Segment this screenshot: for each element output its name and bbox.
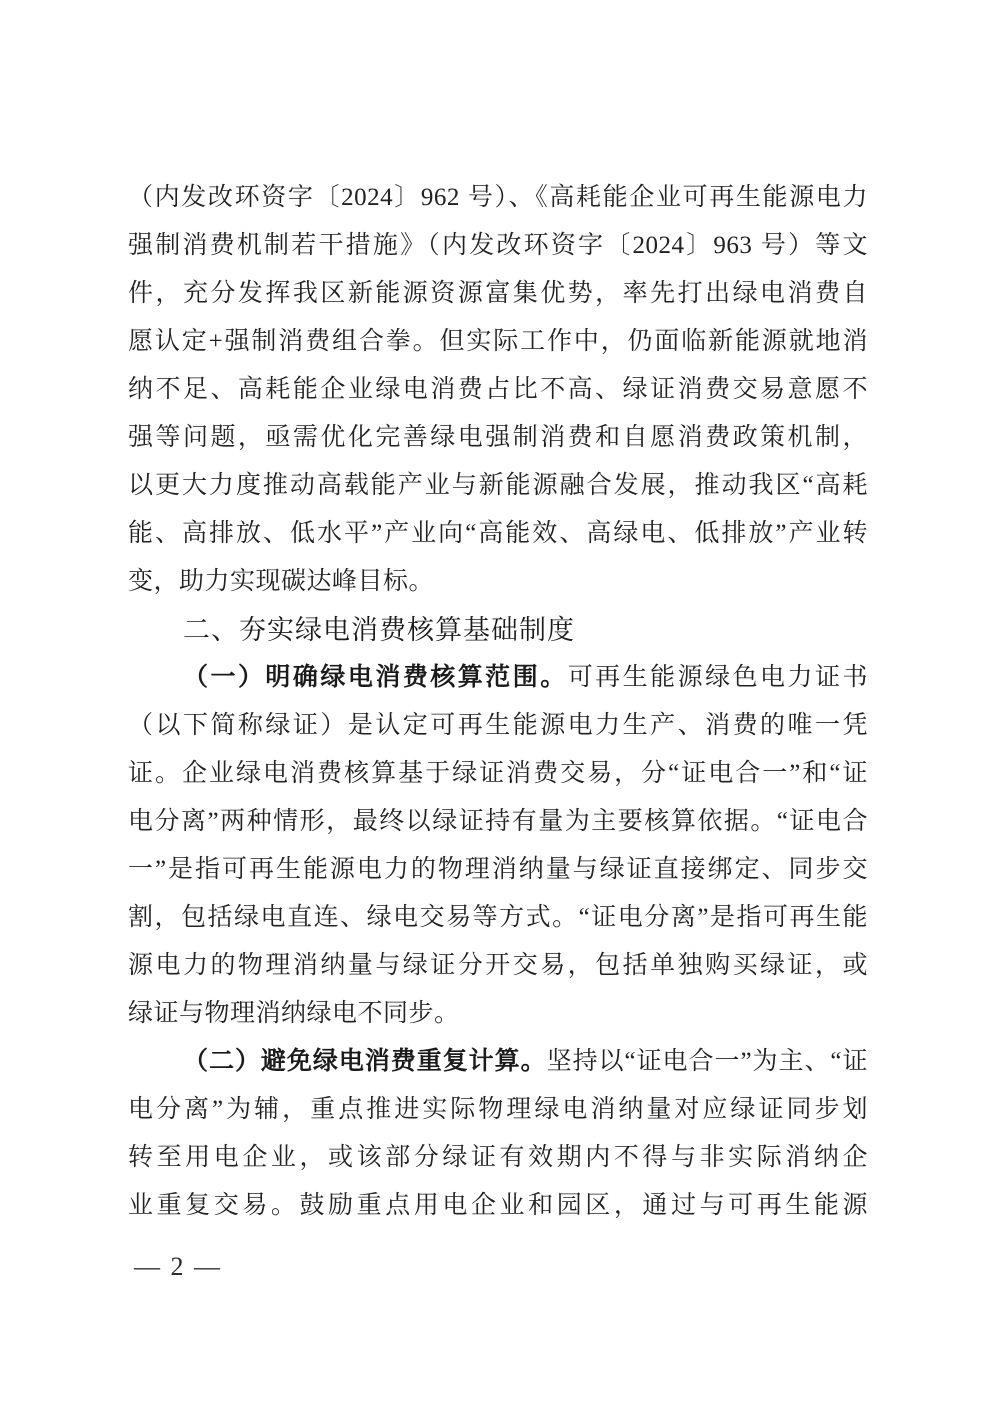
text-line: 纳不足、高耗能企业绿电消费占比不高、绿证消费交易意愿不 xyxy=(128,366,868,414)
section-heading: 二、夯实绿电消费核算基础制度 xyxy=(128,606,868,654)
text-line: 证。企业绿电消费核算基于绿证消费交易，分“证电合一”和“证 xyxy=(128,750,868,798)
text-run: 强制消费机制若干措施》（内发改环资字〔2024〕963 号）等文 xyxy=(128,232,868,259)
text-run: 变，助力实现碳达峰目标。 xyxy=(128,568,434,595)
text-line: （以下简称绿证）是认定可再生能源电力生产、消费的唯一凭 xyxy=(128,702,868,750)
text-line: 变，助力实现碳达峰目标。 xyxy=(128,558,868,606)
text-run: 以更大力度推动高载能产业与新能源融合发展，推动我区“高耗 xyxy=(128,472,868,499)
text-line: 割，包括绿电直连、绿电交易等方式。“证电分离”是指可再生能 xyxy=(128,894,868,942)
text-line: 电分离”为辅，重点推进实际物理绿电消纳量对应绿证同步划 xyxy=(128,1086,868,1134)
text-line: 能、高排放、低水平”产业向“高能效、高绿电、低排放”产业转 xyxy=(128,510,868,558)
bold-text-run: （一）明确绿电消费核算范围。 xyxy=(183,664,568,691)
text-line: 电分离”两种情形，最终以绿证持有量为主要核算依据。“证电合 xyxy=(128,798,868,846)
page-number: — 2 — xyxy=(134,1250,222,1284)
text-line: （一）明确绿电消费核算范围。可再生能源绿色电力证书 xyxy=(128,654,868,702)
text-line: 二、夯实绿电消费核算基础制度 xyxy=(128,606,868,654)
text-run: 割，包括绿电直连、绿电交易等方式。“证电分离”是指可再生能 xyxy=(128,904,868,931)
paragraph: （二）避免绿电消费重复计算。坚持以“证电合一”为主、“证电分离”为辅，重点推进实… xyxy=(128,1038,868,1230)
text-run: 愿认定+强制消费组合拳。但实际工作中，仍面临新能源就地消 xyxy=(128,328,868,355)
text-run: 转至用电企业，或该部分绿证有效期内不得与非实际消纳企 xyxy=(128,1144,868,1171)
text-line: 转至用电企业，或该部分绿证有效期内不得与非实际消纳企 xyxy=(128,1134,868,1182)
text-line: 绿证与物理消纳绿电不同步。 xyxy=(128,990,868,1038)
text-line: （内发改环资字〔2024〕962 号）、《高耗能企业可再生能源电力 xyxy=(128,174,868,222)
text-line: 强制消费机制若干措施》（内发改环资字〔2024〕963 号）等文 xyxy=(128,222,868,270)
text-run: 件，充分发挥我区新能源资源富集优势，率先打出绿电消费自 xyxy=(128,280,868,307)
text-line: 件，充分发挥我区新能源资源富集优势，率先打出绿电消费自 xyxy=(128,270,868,318)
bold-text-run: （二）避免绿电消费重复计算。 xyxy=(183,1048,547,1075)
text-run: 源电力的物理消纳量与绿证分开交易，包括单独购买绿证，或 xyxy=(128,952,868,979)
text-run: 绿证与物理消纳绿电不同步。 xyxy=(128,1000,460,1027)
text-run: 电分离”为辅，重点推进实际物理绿电消纳量对应绿证同步划 xyxy=(128,1096,868,1123)
text-run: 证。企业绿电消费核算基于绿证消费交易，分“证电合一”和“证 xyxy=(128,760,868,787)
text-run: 纳不足、高耗能企业绿电消费占比不高、绿证消费交易意愿不 xyxy=(128,376,868,403)
text-run: 强等问题，亟需优化完善绿电强制消费和自愿消费政策机制， xyxy=(128,424,868,451)
text-run: 可再生能源绿色电力证书 xyxy=(568,664,868,691)
text-run: 能、高排放、低水平”产业向“高能效、高绿电、低排放”产业转 xyxy=(128,520,868,547)
document-body: （内发改环资字〔2024〕962 号）、《高耗能企业可再生能源电力强制消费机制若… xyxy=(128,174,868,1230)
paragraph: （内发改环资字〔2024〕962 号）、《高耗能企业可再生能源电力强制消费机制若… xyxy=(128,174,868,606)
text-line: 愿认定+强制消费组合拳。但实际工作中，仍面临新能源就地消 xyxy=(128,318,868,366)
text-run: （内发改环资字〔2024〕962 号）、《高耗能企业可再生能源电力 xyxy=(128,184,868,211)
text-run: （以下简称绿证）是认定可再生能源电力生产、消费的唯一凭 xyxy=(128,712,868,739)
text-line: （二）避免绿电消费重复计算。坚持以“证电合一”为主、“证 xyxy=(128,1038,868,1086)
text-run: 二、夯实绿电消费核算基础制度 xyxy=(183,615,575,645)
paragraph: （一）明确绿电消费核算范围。可再生能源绿色电力证书（以下简称绿证）是认定可再生能… xyxy=(128,654,868,1038)
text-run: 业重复交易。鼓励重点用电企业和园区，通过与可再生能源 xyxy=(128,1192,868,1219)
text-run: 坚持以“证电合一”为主、“证 xyxy=(547,1048,868,1075)
text-line: 源电力的物理消纳量与绿证分开交易，包括单独购买绿证，或 xyxy=(128,942,868,990)
text-line: 一”是指可再生能源电力的物理消纳量与绿证直接绑定、同步交 xyxy=(128,846,868,894)
document-page: （内发改环资字〔2024〕962 号）、《高耗能企业可再生能源电力强制消费机制若… xyxy=(0,0,1000,1417)
text-run: 电分离”两种情形，最终以绿证持有量为主要核算依据。“证电合 xyxy=(128,808,868,835)
text-run: 一”是指可再生能源电力的物理消纳量与绿证直接绑定、同步交 xyxy=(128,856,868,883)
text-line: 业重复交易。鼓励重点用电企业和园区，通过与可再生能源 xyxy=(128,1182,868,1230)
text-line: 强等问题，亟需优化完善绿电强制消费和自愿消费政策机制， xyxy=(128,414,868,462)
text-line: 以更大力度推动高载能产业与新能源融合发展，推动我区“高耗 xyxy=(128,462,868,510)
